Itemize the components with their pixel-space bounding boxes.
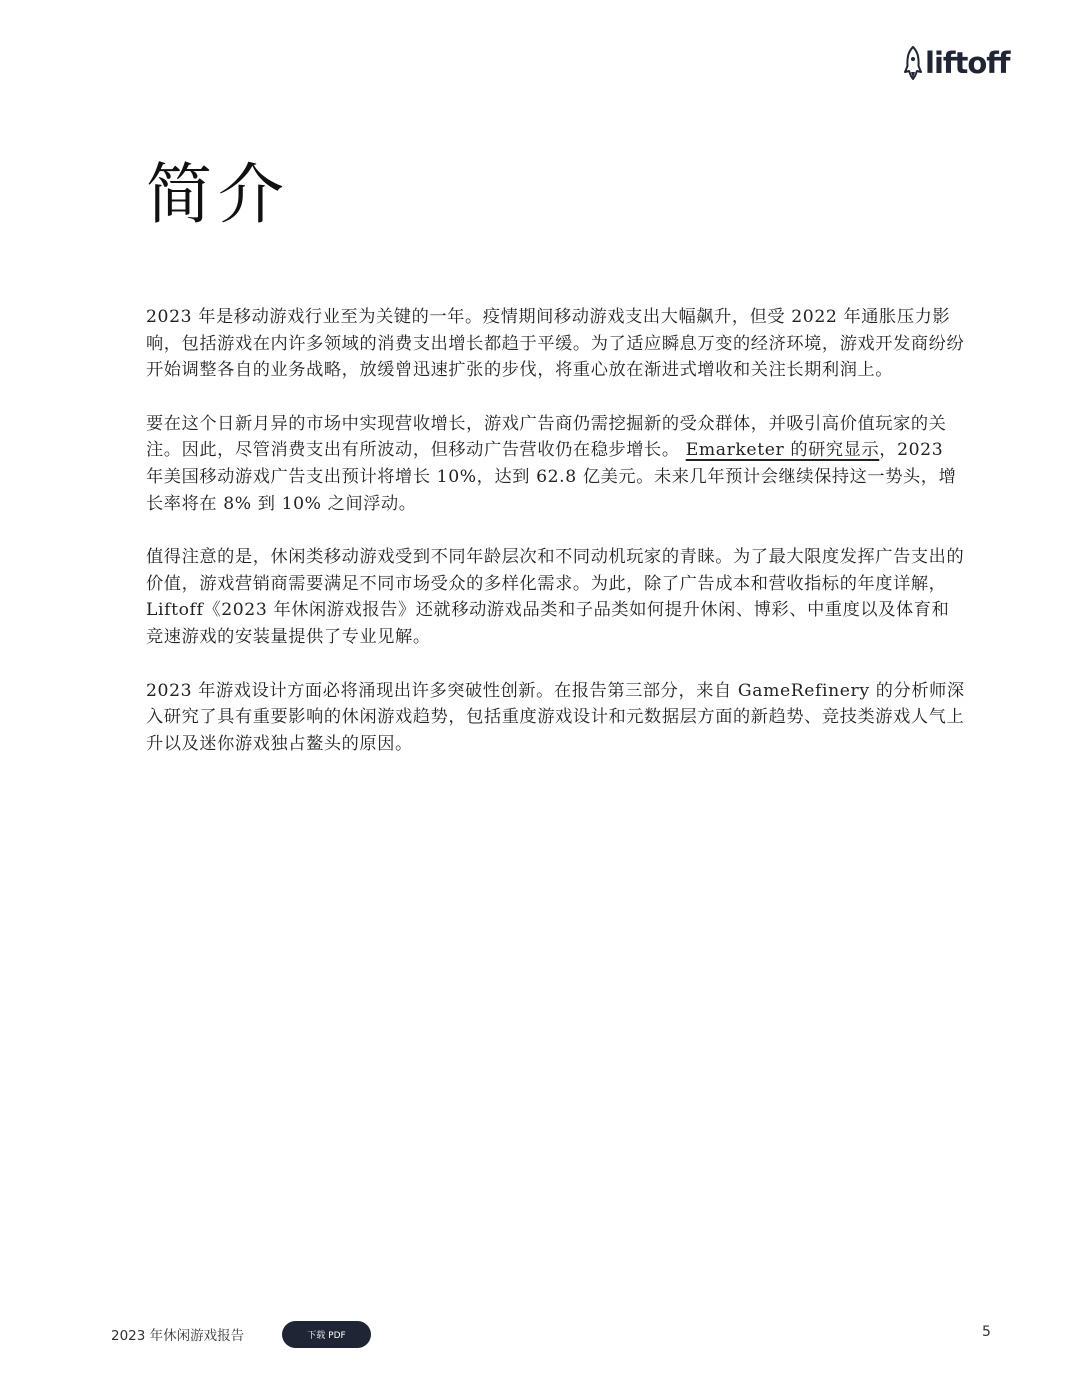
download-pdf-button[interactable]: 下载 PDF: [282, 1321, 371, 1348]
report-title: 2023 年休闲游戏报告: [111, 1324, 244, 1344]
body-text: 2023 年是移动游戏行业至为关键的一年。疫情期间移动游戏支出大幅飙升，但受 2…: [146, 304, 966, 784]
page-number: 5: [982, 1324, 991, 1340]
paragraph-game-design: 2023 年游戏设计方面必将涌现出许多突破性创新。在报告第三部分，来自 Game…: [146, 678, 966, 758]
logo-text: liftoff: [925, 46, 1010, 80]
rocket-icon: [904, 46, 922, 80]
paragraph-ad-revenue: 要在这个日新月异的市场中实现营收增长，游戏广告商仍需挖掘新的受众群体，并吸引高价…: [146, 411, 966, 517]
liftoff-logo: liftoff: [904, 46, 1010, 80]
paragraph-intro: 2023 年是移动游戏行业至为关键的一年。疫情期间移动游戏支出大幅飙升，但受 2…: [146, 304, 966, 384]
paragraph-casual-games: 值得注意的是，休闲类移动游戏受到不同年龄层次和不同动机玩家的青睐。为了最大限度发…: [146, 544, 966, 650]
emarketer-link[interactable]: Emarketer 的研究显示: [686, 440, 880, 460]
page-title: 简介: [146, 150, 290, 240]
footer: 2023 年休闲游戏报告 下载 PDF 5: [0, 1320, 1080, 1350]
